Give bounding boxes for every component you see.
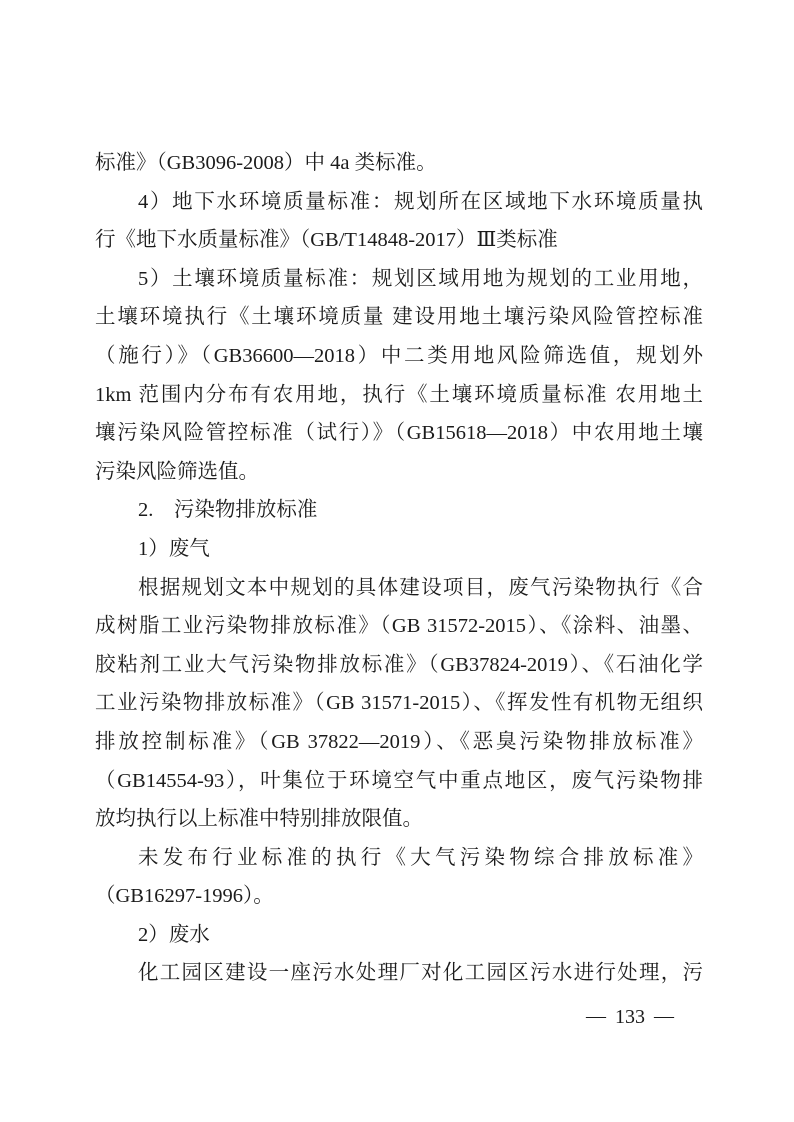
text-line: 土壤环境执行《土壤环境质量 建设用地土壤污染风险管控标准 <box>95 298 703 337</box>
text-line: 根据规划文本中规划的具体建设项目，废气污染物执行《合 <box>95 569 703 608</box>
text-line: 工业污染物排放标准》（GB 31571-2015）、《挥发性有机物无组织 <box>95 684 703 723</box>
document-page: 标准》（GB3096-2008）中 4a 类标准。4）地下水环境质量标准：规划所… <box>0 0 794 1122</box>
text-line: 胶粘剂工业大气污染物排放标准》（GB37824-2019）、《石油化学 <box>95 646 703 685</box>
text-line: 污染风险筛选值。 <box>95 453 703 492</box>
text-line: 2. 污染物排放标准 <box>95 491 703 530</box>
footer-dash-left: — <box>586 1002 606 1030</box>
text-line: 排放控制标准》（GB 37822—2019）、《恶臭污染物排放标准》 <box>95 723 703 762</box>
page-footer: —133— <box>560 1003 700 1031</box>
text-line: 标准》（GB3096-2008）中 4a 类标准。 <box>95 144 703 183</box>
text-line: 2）废水 <box>95 916 703 955</box>
text-line: 1）废气 <box>95 530 703 569</box>
text-line: （GB14554-93），叶集位于环境空气中重点地区，废气污染物排 <box>95 762 703 801</box>
text-line: （施行）》（GB36600—2018）中二类用地风险筛选值，规划外 <box>95 337 703 376</box>
text-line: 行《地下水质量标准》（GB/T14848-2017）Ⅲ类标准 <box>95 221 703 260</box>
text-line: （GB16297-1996）。 <box>95 877 703 916</box>
text-line: 化工园区建设一座污水处理厂对化工园区污水进行处理，污 <box>95 954 703 993</box>
text-line: 4）地下水环境质量标准：规划所在区域地下水环境质量执 <box>95 183 703 222</box>
text-line: 5）土壤环境质量标准：规划区域用地为规划的工业用地， <box>95 260 703 299</box>
text-block: 标准》（GB3096-2008）中 4a 类标准。4）地下水环境质量标准：规划所… <box>95 144 703 993</box>
footer-dash-right: — <box>654 1002 674 1030</box>
text-line: 壤污染风险管控标准（试行）》（GB15618—2018）中农用地土壤 <box>95 414 703 453</box>
text-line: 未发布行业标准的执行《大气污染物综合排放标准》 <box>95 839 703 878</box>
text-line: 成树脂工业污染物排放标准》（GB 31572-2015）、《涂料、油墨、 <box>95 607 703 646</box>
text-line: 1km 范围内分布有农用地，执行《土壤环境质量标准 农用地土 <box>95 376 703 415</box>
text-line: 放均执行以上标准中特别排放限值。 <box>95 800 703 839</box>
page-number: 133 <box>615 1006 645 1028</box>
